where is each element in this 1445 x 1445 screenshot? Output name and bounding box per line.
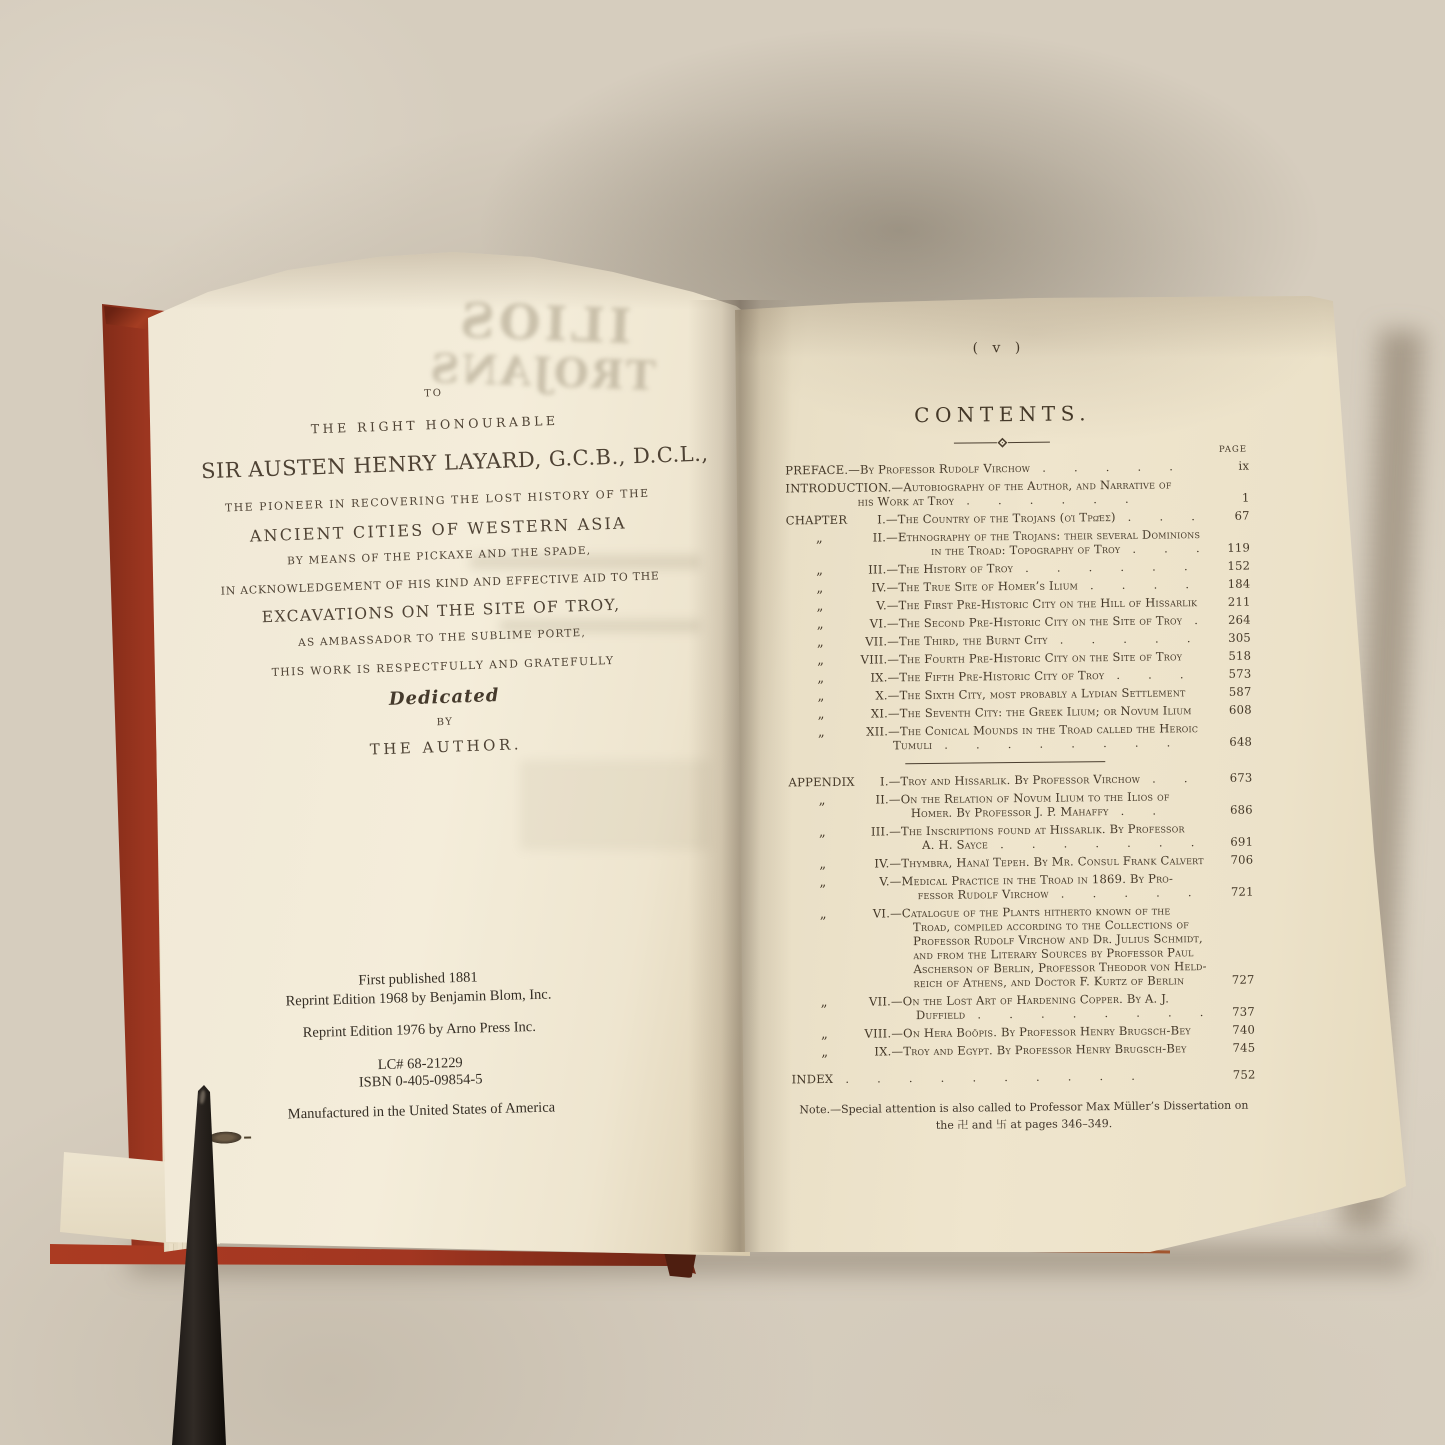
printer-ornament-icon bbox=[207, 1131, 243, 1145]
toc-leader-dots bbox=[1189, 928, 1254, 929]
colophon-manufactured: Manufactured in the United States of Ame… bbox=[206, 1097, 636, 1125]
toc-title: Tumuli bbox=[893, 739, 932, 752]
toc-leader-dots: . . . . . bbox=[1048, 632, 1217, 647]
toc-page-number: 721 bbox=[1220, 886, 1254, 899]
toc-numeral: II.— bbox=[873, 531, 898, 544]
toc-leader-dots bbox=[1185, 832, 1253, 833]
toc-leader-dots: . . bbox=[1140, 772, 1218, 786]
toc-row: APPENDIXI.—Troy and Hissarlik. By Profes… bbox=[788, 772, 1252, 790]
toc-leader-dots: . . . . . . bbox=[954, 492, 1215, 508]
toc-numeral: III.— bbox=[868, 563, 898, 576]
toc-leader-dots bbox=[1198, 732, 1252, 733]
toc-ditto-mark: „ bbox=[786, 532, 823, 545]
toc-page-number: 264 bbox=[1217, 614, 1251, 627]
toc-numeral: XI.— bbox=[871, 707, 900, 720]
toc-section-word: CHAPTER bbox=[786, 514, 848, 528]
toc-title: in the Troad: Topography of Troy bbox=[931, 543, 1120, 558]
toc-ditto-mark: „ bbox=[789, 858, 826, 871]
toc-row: PREFACE.—By Professor Rudolf Virchow. . … bbox=[785, 460, 1249, 478]
toc-row: „VII.—The Third, the Burnt City. . . . .… bbox=[787, 632, 1251, 650]
ornament-line-right bbox=[1007, 441, 1050, 443]
toc-title: INDEX bbox=[792, 1073, 834, 1086]
dedication-cities: ANCIENT CITIES OF WESTERN ASIA bbox=[203, 513, 673, 547]
toc-title: The Sixth City, most probably a Lydian S… bbox=[899, 686, 1185, 702]
toc-page-number: 305 bbox=[1217, 632, 1251, 645]
dedication-to: TO bbox=[199, 380, 669, 407]
toc-title: Troy and Hissarlik. By Professor Virchow bbox=[900, 773, 1140, 789]
toc-numeral: VIII.— bbox=[864, 1027, 903, 1040]
toc-prefix: „VI.— bbox=[790, 907, 902, 921]
toc-row: „III.—The History of Troy. . . . . .152 bbox=[786, 560, 1250, 578]
dedication-name: SIR AUSTEN HENRY LAYARD, G.C.B., D.C.L., bbox=[201, 444, 672, 483]
toc-page-number: 184 bbox=[1216, 578, 1250, 591]
page-column-label: PAGE bbox=[785, 445, 1249, 460]
toc-title: The Fifth Pre-Historic City of Troy bbox=[899, 669, 1104, 684]
toc-page-number: 211 bbox=[1217, 596, 1251, 609]
toc-page-number: 686 bbox=[1219, 804, 1253, 817]
toc-prefix: „XI.— bbox=[788, 707, 900, 721]
toc-prefix: „XII.— bbox=[788, 725, 900, 739]
toc-prefix: „II.— bbox=[789, 793, 901, 807]
toc-title: Troy and Egypt. By Professor Henry Brugs… bbox=[903, 1042, 1186, 1058]
toc-title: The True Site of Homer’s Ilium bbox=[898, 579, 1078, 594]
toc-row: CHAPTERI.—The Country of the Trojans (οἱ… bbox=[786, 510, 1250, 528]
toc-ditto-mark: „ bbox=[786, 564, 823, 577]
dedication-pioneer: THE PIONEER IN RECOVERING THE LOST HISTO… bbox=[202, 487, 672, 515]
toc-numeral: III.— bbox=[871, 825, 901, 838]
toc-ditto-mark: „ bbox=[790, 908, 827, 921]
page-leaf-corner bbox=[58, 1148, 178, 1258]
toc-leader-dots bbox=[1170, 914, 1253, 915]
toc-ditto-mark: „ bbox=[791, 1028, 828, 1041]
toc-title: The Fourth Pre-Historic City on the Site… bbox=[899, 650, 1182, 666]
toc-numeral: VII.— bbox=[869, 995, 903, 1008]
folio-number: ( v ) bbox=[767, 338, 1231, 359]
toc-row: „IX.—Troy and Egypt. By Professor Henry … bbox=[791, 1042, 1255, 1060]
toc-title: The First Pre-Historic City on the Hill … bbox=[899, 596, 1198, 612]
toc-row: „VIII.—On Hera Boöpis. By Professor Henr… bbox=[791, 1024, 1255, 1042]
toc-leader-dots: . . . . . . bbox=[1013, 560, 1216, 575]
toc-prefix: „VII.— bbox=[787, 635, 899, 649]
toc-row: „X.—The Sixth City, most probably a Lydi… bbox=[788, 686, 1252, 704]
toc-prefix: „VIII.— bbox=[787, 653, 899, 667]
toc-prefix: „III.— bbox=[789, 825, 901, 839]
toc-page-number: 573 bbox=[1217, 668, 1251, 681]
ornament-diamond bbox=[997, 438, 1007, 448]
toc-title: On Hera Boöpis. By Professor Henry Brugs… bbox=[903, 1024, 1191, 1040]
toc-ditto-mark: „ bbox=[789, 794, 826, 807]
toc-leader-dots: . . . bbox=[1120, 542, 1216, 556]
toc-numeral: IX.— bbox=[874, 1045, 903, 1058]
dedication-respectfully: THIS WORK IS RESPECTFULLY AND GRATEFULLY bbox=[208, 653, 678, 681]
toc-page-number: 152 bbox=[1216, 560, 1250, 573]
dedication-ambassador: AS AMBASSADOR TO THE SUBLIME PORTE, bbox=[207, 625, 677, 653]
toc-leader-dots bbox=[1172, 488, 1250, 489]
toc-page-number: 673 bbox=[1218, 772, 1252, 785]
toc-numeral: I.— bbox=[877, 513, 898, 526]
toc-page-number: 1 bbox=[1215, 492, 1249, 505]
toc-leader-dots: . . . bbox=[1116, 510, 1216, 524]
toc-prefix: „IV.— bbox=[786, 581, 898, 595]
toc-title: fessor Rudolf Virchow bbox=[918, 888, 1049, 902]
toc-ditto-mark: „ bbox=[787, 636, 824, 649]
toc-ditto-mark: „ bbox=[786, 582, 823, 595]
toc-ditto-mark: „ bbox=[788, 708, 825, 721]
toc-title: his Work at Troy bbox=[857, 495, 954, 509]
contents-page-block: ( v ) CONTENTS. PAGE PREFACE.—By Profess… bbox=[784, 338, 1256, 1136]
toc-prefix: „X.— bbox=[788, 689, 900, 703]
toc-ditto-mark: „ bbox=[787, 600, 824, 613]
toc-leader-dots: . . . . . . . . bbox=[932, 736, 1218, 752]
toc-prefix: CHAPTERI.— bbox=[786, 513, 898, 527]
toc-prefix: „VIII.— bbox=[791, 1027, 903, 1041]
toc-numeral: V.— bbox=[876, 599, 898, 612]
toc-ditto-mark: „ bbox=[787, 618, 824, 631]
toc-leader-dots: . . . . bbox=[1078, 578, 1217, 592]
toc-prefix: „VII.— bbox=[791, 995, 903, 1009]
toc-title: The History of Troy bbox=[898, 562, 1013, 576]
toc-numeral: II.— bbox=[875, 793, 900, 806]
toc-row: „VI.—The Second Pre-Historic City on the… bbox=[787, 614, 1251, 632]
toc-row: „IX.—The Fifth Pre-Historic City of Troy… bbox=[787, 668, 1251, 686]
toc-leader-dots bbox=[1169, 1002, 1255, 1003]
toc-numeral: VIII.— bbox=[861, 653, 900, 666]
toc-title: Homer. By Professor J. P. Mahaffy bbox=[911, 805, 1109, 820]
toc-numeral: VII.— bbox=[865, 635, 899, 648]
toc-ditto-mark: „ bbox=[787, 654, 824, 667]
toc-title: The Country of the Trojans (οἱ Τρῶες) bbox=[898, 511, 1116, 526]
toc-ditto-mark: „ bbox=[789, 826, 826, 839]
toc-row: „XI.—The Seventh City: the Greek Ilium; … bbox=[788, 704, 1252, 722]
toc-prefix: „IV.— bbox=[789, 857, 901, 871]
toc-numeral: IV.— bbox=[874, 857, 901, 870]
toc-page-number: 518 bbox=[1217, 650, 1251, 663]
toc-page-number: 745 bbox=[1221, 1042, 1255, 1055]
toc-prefix: APPENDIXI.— bbox=[788, 775, 900, 789]
toc-title: reich of Athens, and Doctor F. Kurtz of … bbox=[914, 974, 1185, 990]
toc-page-number: ix bbox=[1215, 460, 1249, 473]
dedication-acknowledgement: IN ACKNOWLEDGEMENT OF HIS KIND AND EFFEC… bbox=[205, 570, 675, 598]
toc-ditto-mark: „ bbox=[787, 672, 824, 685]
toc-leader-dots bbox=[1170, 800, 1253, 801]
toc-numeral: V.— bbox=[879, 875, 901, 888]
toc-prefix: „V.— bbox=[789, 875, 901, 889]
toc-title: The Seventh City: the Greek Ilium; or No… bbox=[900, 704, 1192, 720]
toc-page-number: 740 bbox=[1221, 1024, 1255, 1037]
toc-page-number: 587 bbox=[1217, 686, 1251, 699]
toc-prefix: „V.— bbox=[787, 599, 899, 613]
dedication-excavations: EXCAVATIONS ON THE SITE OF TROY, bbox=[206, 595, 676, 628]
toc-title: The Third, the Burnt City bbox=[899, 634, 1048, 649]
dedication-text-block: TO THE RIGHT HONOURABLE SIR AUSTEN HENRY… bbox=[198, 360, 682, 796]
toc-numeral: IV.— bbox=[871, 581, 898, 594]
toc-numeral: XII.— bbox=[866, 725, 900, 738]
contents-title: CONTENTS. bbox=[771, 400, 1235, 429]
toc-separator-rule bbox=[905, 761, 1105, 764]
toc-section-word: APPENDIX bbox=[788, 776, 854, 790]
toc-prefix: „VI.— bbox=[787, 617, 899, 631]
toc-rows: PREFACE.—By Professor Rudolf Virchow. . … bbox=[785, 460, 1255, 1087]
toc-leader-dots: . . . bbox=[1104, 668, 1217, 682]
toc-page-number: 691 bbox=[1219, 836, 1253, 849]
toc-leader-dots bbox=[1203, 942, 1254, 943]
toc-prefix: „IX.— bbox=[787, 671, 899, 685]
ornament-line-left bbox=[954, 442, 997, 444]
toc-leader-dots bbox=[1200, 538, 1250, 539]
toc-ditto-mark: „ bbox=[788, 690, 825, 703]
toc-title: The Second Pre-Historic City on the Site… bbox=[899, 614, 1183, 630]
toc-ditto-mark: „ bbox=[791, 1046, 828, 1059]
toc-page-number: 67 bbox=[1216, 510, 1250, 523]
toc-leader-dots: . . . . . . . . . . bbox=[833, 1069, 1221, 1086]
toc-leader-dots: . . . . . . . bbox=[988, 836, 1219, 851]
toc-title: A. H. Sayce bbox=[922, 838, 988, 852]
toc-leader-dots: . . bbox=[1109, 804, 1219, 818]
toc-prefix: „IX.— bbox=[791, 1045, 903, 1059]
toc-leader-dots: . . . . . bbox=[1049, 886, 1220, 901]
toc-prefix: „II.— bbox=[786, 531, 898, 545]
toc-leader-dots: . . . . . bbox=[1030, 460, 1215, 475]
toc-numeral: I.— bbox=[880, 775, 901, 788]
toc-ditto-mark: „ bbox=[788, 726, 825, 739]
toc-numeral: VI.— bbox=[873, 907, 902, 920]
toc-title: On the Lost Art of Hardening Copper. By … bbox=[903, 992, 1169, 1008]
toc-page-number: 737 bbox=[1221, 1006, 1255, 1019]
toc-page-number: 706 bbox=[1219, 854, 1253, 867]
toc-prefix: „III.— bbox=[786, 563, 898, 577]
toc-title: PREFACE.—By Professor Rudolf Virchow bbox=[785, 462, 1030, 478]
toc-page-number: 727 bbox=[1220, 974, 1254, 987]
red-cover-notch bbox=[664, 1252, 696, 1278]
toc-row: „V.—The First Pre-Historic City on the H… bbox=[787, 596, 1251, 614]
dedication-honourable: THE RIGHT HONOURABLE bbox=[200, 410, 670, 440]
toc-leader-dots bbox=[1194, 956, 1255, 957]
toc-ditto-mark: „ bbox=[789, 876, 826, 889]
toc-row: „VIII.—The Fourth Pre-Historic City on t… bbox=[787, 650, 1251, 668]
dedication-author: THE AUTHOR. bbox=[211, 731, 681, 764]
toc-numeral: IX.— bbox=[870, 671, 899, 684]
toc-leader-dots bbox=[1173, 882, 1253, 883]
toc-leader-dots: . bbox=[1182, 614, 1217, 627]
toc-row: „IV.—The True Site of Homer’s Ilium. . .… bbox=[786, 578, 1250, 596]
toc-title: Thymbra, Hanaï Tepeh. By Mr. Consul Fran… bbox=[901, 854, 1204, 870]
toc-numeral: VI.— bbox=[870, 617, 899, 630]
toc-page-number: 752 bbox=[1221, 1069, 1255, 1082]
toc-title: Duffield bbox=[916, 1009, 966, 1023]
toc-row: INDEX. . . . . . . . . .752 bbox=[792, 1069, 1256, 1087]
toc-page-number: 648 bbox=[1218, 736, 1252, 749]
toc-page-number: 608 bbox=[1218, 704, 1252, 717]
colophon-reprint-1976: Reprint Edition 1976 by Arno Press Inc. bbox=[204, 1016, 634, 1044]
toc-leader-dots: . . . . . . . . bbox=[965, 1006, 1221, 1022]
photo-of-open-book: { "scene": { "description_colors": { "wa… bbox=[0, 0, 1445, 1445]
toc-row: „IV.—Thymbra, Hanaï Tepeh. By Mr. Consul… bbox=[789, 854, 1253, 872]
toc-ditto-mark: „ bbox=[791, 996, 828, 1009]
toc-page-number: 119 bbox=[1216, 542, 1250, 555]
contents-ornament-icon bbox=[954, 439, 1050, 447]
dedication-pickaxe: BY MEANS OF THE PICKAXE AND THE SPADE, bbox=[204, 543, 674, 571]
toc-numeral: X.— bbox=[875, 689, 899, 702]
colophon-block: First published 1881 Reprint Edition 196… bbox=[203, 954, 638, 1155]
